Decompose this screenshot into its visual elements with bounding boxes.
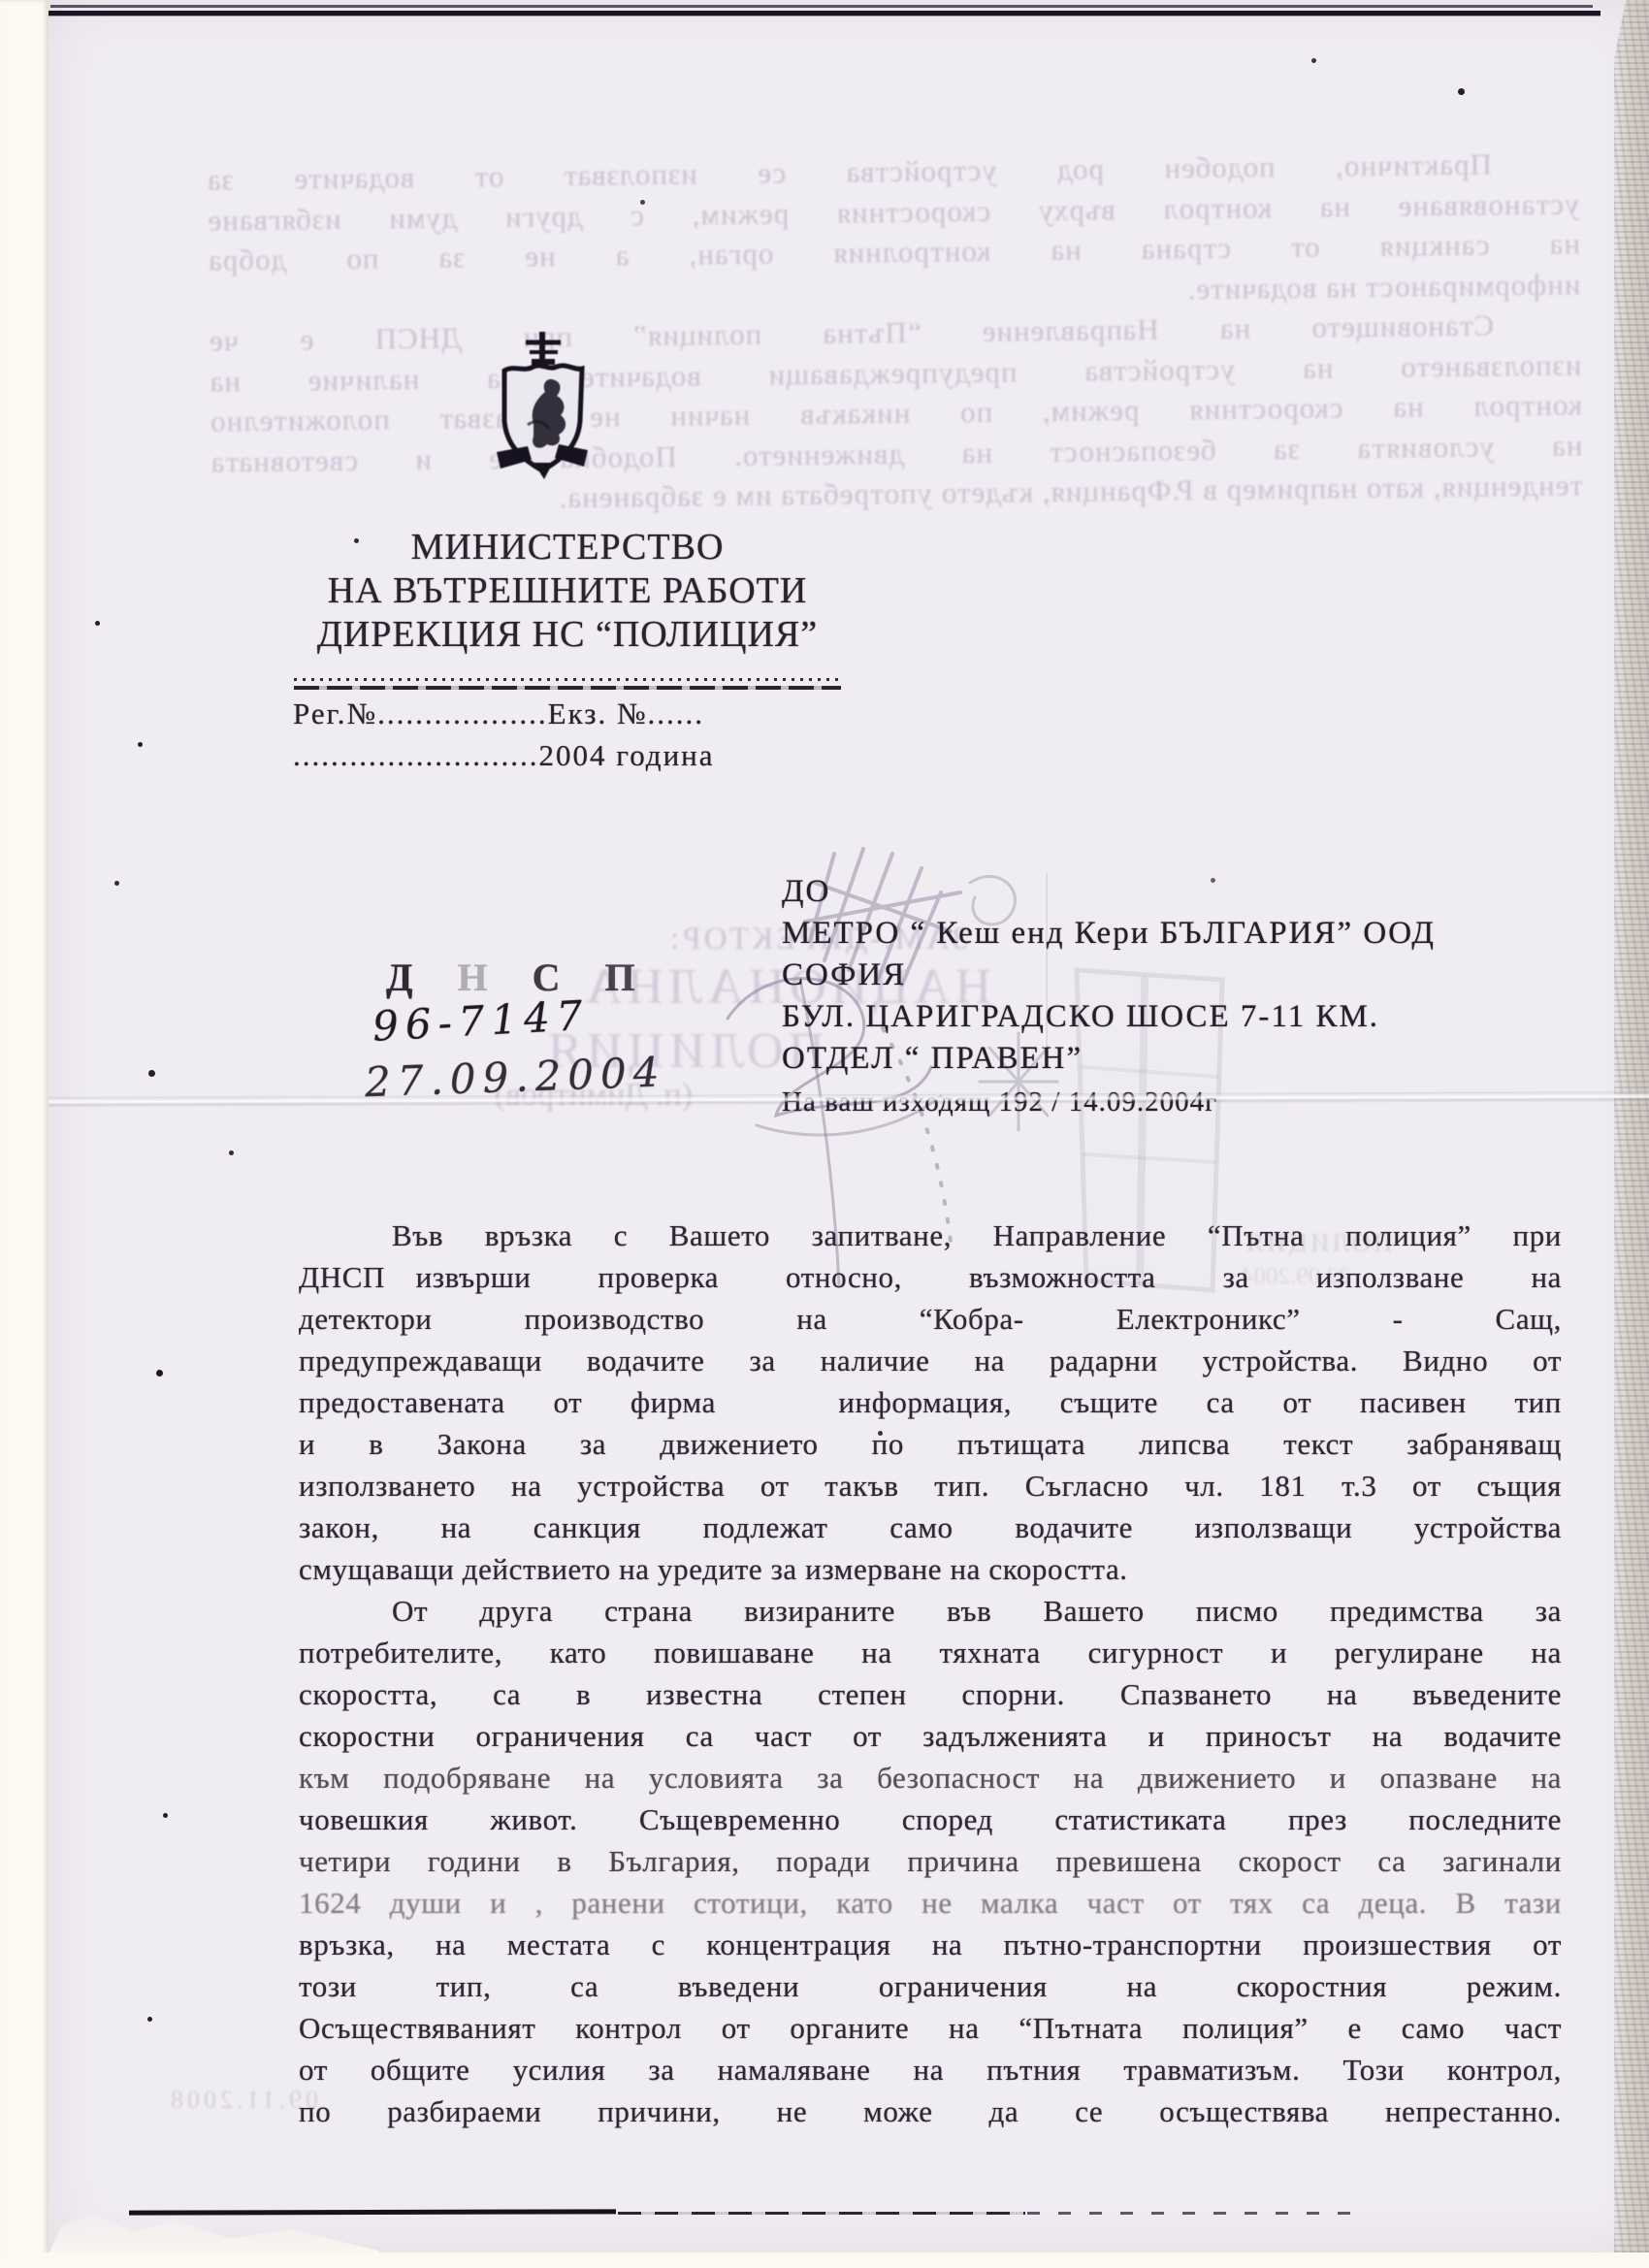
scanner-margin-left — [0, 0, 48, 2268]
bleed-through-text-block: Практично, подобен род устройства се изп… — [207, 143, 1583, 522]
recipient-company: МЕТРО “ Кеш енд Кери БЪЛГАРИЯ” ООД — [782, 913, 1587, 955]
vertical-fold-crease — [1044, 873, 1048, 1048]
text-line: този тип, са въведени ограничения на ско… — [299, 1965, 1562, 2007]
letterhead-line2: НА ВЪТРЕШНИТЕ РАБОТИ — [291, 569, 844, 613]
scan-top-edge-line — [50, 5, 1593, 8]
ministry-coat-of-arms-emblem — [477, 328, 609, 483]
text-line: Осъществяваният контрол от органите на “… — [299, 2007, 1562, 2049]
letterhead-divider — [294, 678, 841, 692]
stamp-letter: Д — [386, 956, 458, 999]
text-line: Във връзка с Вашето запитване, Направлен… — [299, 1215, 1562, 1256]
letterhead: МИНИСТЕРСТВО НА ВЪТРЕШНИТЕ РАБОТИ ДИРЕКЦ… — [291, 526, 844, 657]
text-line: човешкия живот. Същевременно според стат… — [299, 1798, 1562, 1840]
text-line: връзка, на местата с концентрация на път… — [299, 1924, 1562, 1965]
text-line: смущаващи действието на уредите за измер… — [299, 1548, 1562, 1590]
letterhead-line3: ДИРЕКЦИЯ НС “ПОЛИЦИЯ” — [291, 613, 844, 657]
received-stamp-dnsp: ДНСП — [386, 955, 680, 1000]
text-line: скоростни ограничения са част от задълже… — [299, 1715, 1562, 1757]
text-line: От друга страна визираните във Вашето пи… — [299, 1590, 1562, 1632]
scanner-margin-bottom — [0, 2252, 1649, 2268]
letterhead-line1: МИНИСТЕРСТВО — [291, 526, 844, 569]
register-year-line: ..........................2004 година — [293, 738, 715, 773]
scan-top-edge-line-thick — [48, 11, 1600, 16]
text-line: предоставената от фирма информация, същи… — [299, 1381, 1562, 1423]
text-line: предупреждаващи водачите за наличие на р… — [299, 1340, 1562, 1381]
scanned-letter-page: Практично, подобен род устройства се изп… — [0, 0, 1649, 2268]
text-line: ДНСП извърши проверка относно, възможнос… — [299, 1256, 1562, 1298]
text-line: закон, на санкция подлежат само водачите… — [299, 1507, 1562, 1548]
recipient-department: ОТДЕЛ “ ПРАВЕН” — [782, 1038, 1587, 1080]
body-paragraph-1: Във връзка с Вашето запитване, Направлен… — [299, 1215, 1562, 1590]
text-line: по разбираеми причини, не може да се осъ… — [299, 2090, 1562, 2132]
bottom-rule-faded-segment — [1027, 2212, 1353, 2215]
text-line: четири години в България, поради причина… — [299, 1840, 1562, 1882]
divider-dashed-row — [294, 686, 841, 690]
recipient-city: СОФИЯ — [782, 955, 1587, 996]
text-line: потребителите, като повишаване на тяхнат… — [299, 1632, 1562, 1673]
bottom-rule-dashed-segment — [618, 2212, 1025, 2215]
text-line: от общите усилия за намаляване на пътния… — [299, 2049, 1562, 2090]
stamp-letter: Н — [458, 956, 533, 999]
body-paragraph-2: От друга страна визираните във Вашето пи… — [299, 1590, 1562, 2132]
text-line: към подобряване на условията за безопасн… — [299, 1757, 1562, 1798]
text-line: скоростта, са в известна степен спорни. … — [299, 1673, 1562, 1715]
divider-dotted-row — [294, 678, 841, 681]
text-line: и в Закона за движението по пътищата лип… — [299, 1423, 1562, 1465]
text-line: детектори производство на “Кобра- Електр… — [299, 1298, 1562, 1340]
text-line: 1624 души и , ранени стотици, като не ма… — [299, 1882, 1562, 1924]
recipient-street: БУЛ. ЦАРИГРАДСКО ШОСЕ 7-11 КМ. — [782, 996, 1587, 1038]
page-right-torn-edge — [1614, 0, 1649, 2252]
ghost-footer-date: 09.11.2008 — [167, 2086, 318, 2115]
register-number-line: Рег.№..................Екз. №...... — [293, 697, 704, 731]
recipient-address-block: ДО МЕТРО “ Кеш енд Кери БЪЛГАРИЯ” ООД СО… — [782, 871, 1587, 1123]
text-line: използването на устройства от такъв тип.… — [299, 1465, 1562, 1507]
recipient-to-label: ДО — [782, 871, 1587, 913]
